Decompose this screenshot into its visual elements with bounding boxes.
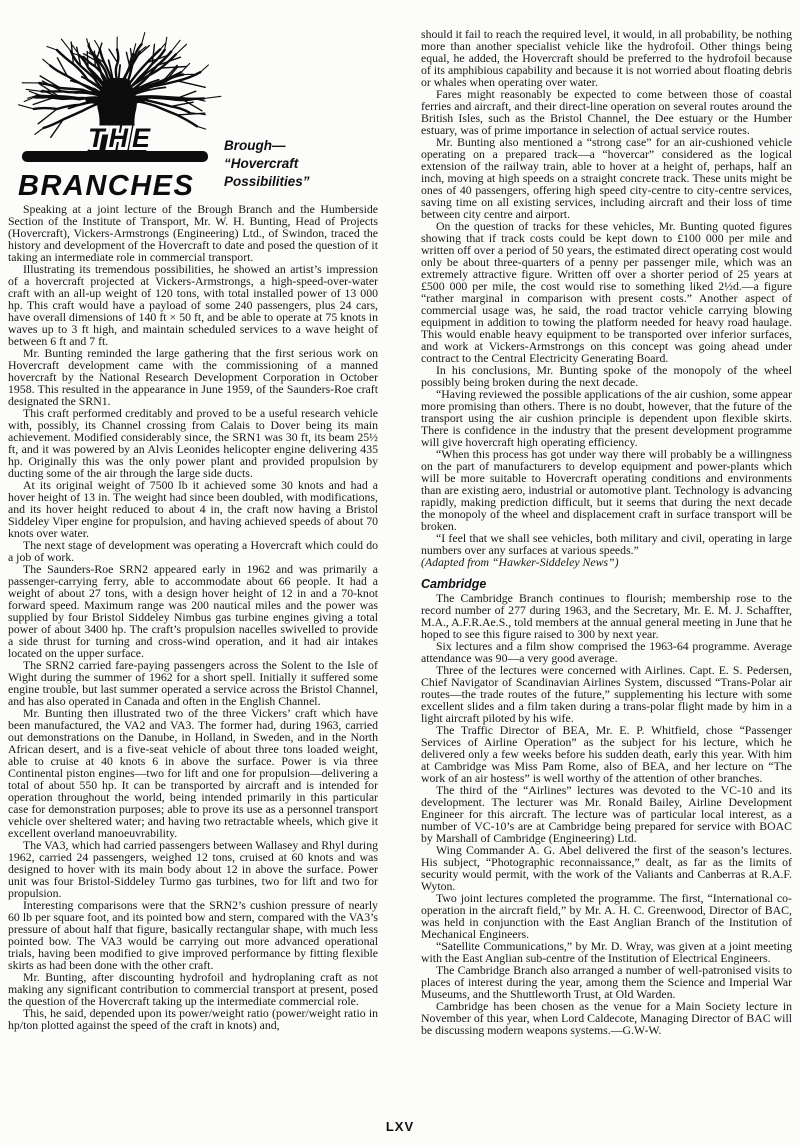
article-heading-line: Possibilities” xyxy=(224,173,310,191)
magazine-page: THE BRANCHES Brough— “Hovercraft Possibi… xyxy=(0,0,800,1146)
paragraph: Three of the lectures were concerned wit… xyxy=(421,664,792,724)
paragraph: “I feel that we shall see vehicles, both… xyxy=(421,532,792,556)
paragraph: “When this process has got under way the… xyxy=(421,448,792,532)
article-heading-line: “Hovercraft xyxy=(224,155,310,173)
paragraph: The SRN2 carried fare-paying passengers … xyxy=(8,659,378,707)
paragraph: Two joint lectures completed the program… xyxy=(421,892,792,940)
paragraph: Interesting comparisons were that the SR… xyxy=(8,899,378,971)
paragraph: The next stage of development was operat… xyxy=(8,539,378,563)
paragraph: The VA3, which had carried passengers be… xyxy=(8,839,378,899)
paragraph: Speaking at a joint lecture of the Broug… xyxy=(8,203,378,263)
paragraph: Fares might reasonably be expected to co… xyxy=(421,88,792,136)
paragraph: The Cambridge Branch also arranged a num… xyxy=(421,964,792,1000)
logo-branches-text: BRANCHES xyxy=(18,170,194,202)
left-column: Speaking at a joint lecture of the Broug… xyxy=(8,203,378,1031)
paragraph: Mr. Bunting then illustrated two of the … xyxy=(8,707,378,839)
paragraph: (Adapted from “Hawker-Siddeley News”) xyxy=(421,556,792,568)
paragraph: Mr. Bunting reminded the large gathering… xyxy=(8,347,378,407)
paragraph: The Traffic Director of BEA, Mr. E. P. W… xyxy=(421,724,792,784)
paragraph: The Cambridge Branch continues to flouri… xyxy=(421,592,792,640)
paragraph: Illustrating its tremendous possibilitie… xyxy=(8,263,378,347)
paragraph: Wing Commander A. G. Abel delivered the … xyxy=(421,844,792,892)
paragraph: At its original weight of 7500 lb it ach… xyxy=(8,479,378,539)
logo-the-text: THE xyxy=(88,123,154,153)
tree-logo-icon: THE BRANCHES xyxy=(4,6,226,202)
paragraph: should it fail to reach the required lev… xyxy=(421,28,792,88)
paragraph: Cambridge has been chosen as the venue f… xyxy=(421,1000,792,1036)
article-heading-line: Brough— xyxy=(224,137,310,155)
paragraph: In his conclusions, Mr. Bunting spoke of… xyxy=(421,364,792,388)
paragraph: “Satellite Communications,” by Mr. D. Wr… xyxy=(421,940,792,964)
paragraph: On the question of tracks for these vehi… xyxy=(421,220,792,364)
paragraph: Mr. Bunting, after discounting hydrofoil… xyxy=(8,971,378,1007)
paragraph: This, he said, depended upon its power/w… xyxy=(8,1007,378,1031)
section-heading: Cambridge xyxy=(421,578,792,590)
paragraph: This craft performed creditably and prov… xyxy=(8,407,378,479)
paragraph: The Saunders-Roe SRN2 appeared early in … xyxy=(8,563,378,659)
page-number: LXV xyxy=(0,1119,800,1134)
paragraph: “Having reviewed the possible applicatio… xyxy=(421,388,792,448)
paragraph: The third of the “Airlines” lectures was… xyxy=(421,784,792,844)
article-heading: Brough— “Hovercraft Possibilities” xyxy=(224,137,310,191)
right-column: should it fail to reach the required lev… xyxy=(421,28,792,1036)
branches-logo: THE BRANCHES xyxy=(4,6,226,202)
paragraph: Six lectures and a film show comprised t… xyxy=(421,640,792,664)
paragraph: Mr. Bunting also mentioned a “strong cas… xyxy=(421,136,792,220)
